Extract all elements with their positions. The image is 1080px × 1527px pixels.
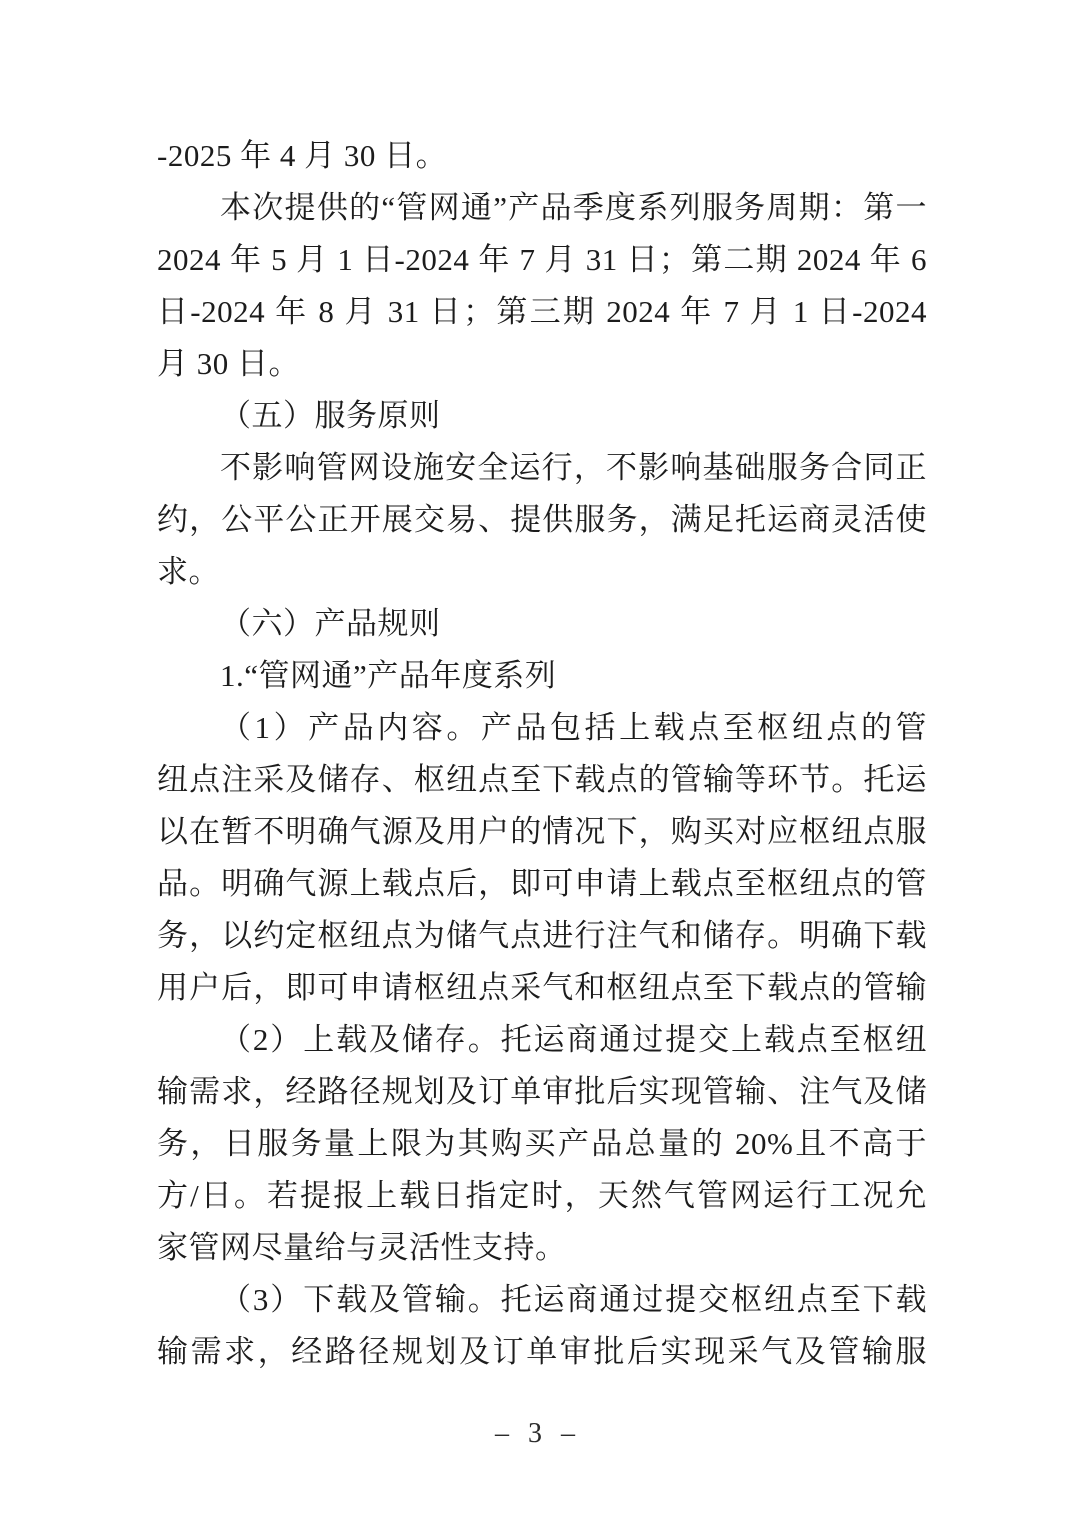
text-line: 求。 [157,546,927,598]
text-line: 以在暂不明确气源及用户的情况下，购买对应枢纽点服务产 [157,806,927,858]
text-line: 务，以约定枢纽点为储气点进行注气和储存。明确下载点及 [157,910,927,962]
text-line: 纽点注采及储存、枢纽点至下载点的管输等环节。托运商可 [157,754,927,806]
text-line: 用户后，即可申请枢纽点采气和枢纽点至下载点的管输服务。 [157,962,927,1014]
text-line: 方/日。若提报上载日指定时，天然气管网运行工况允许，国 [157,1170,927,1222]
text-line: 本次提供的“管网通”产品季度系列服务周期：第一期 [157,182,927,234]
text-line: （五）服务原则 [157,390,927,442]
text-line: （六）产品规则 [157,598,927,650]
text-line: 2024 年 5 月 1 日-2024 年 7 月 31 日；第二期 2024 … [157,234,927,286]
document-body: -2025 年 4 月 30 日。本次提供的“管网通”产品季度系列服务周期：第一… [157,130,927,1378]
page-number: – 3 – [0,1412,1076,1456]
text-line: 家管网尽量给与灵活性支持。 [157,1222,927,1274]
text-line: 品。明确气源上载点后，即可申请上载点至枢纽点的管输服 [157,858,927,910]
text-line: 日-2024 年 8 月 31 日；第三期 2024 年 7 月 1 日-202… [157,286,927,338]
document-page: -2025 年 4 月 30 日。本次提供的“管网通”产品季度系列服务周期：第一… [0,0,1080,1527]
text-line: （3）下载及管输。托运商通过提交枢纽点至下载点管 [157,1274,927,1326]
text-line: 输需求，经路径规划及订单审批后实现采气及管输服务，日 [157,1326,927,1378]
text-line: 月 30 日。 [157,338,927,390]
text-line: （2）上载及储存。托运商通过提交上载点至枢纽点管 [157,1014,927,1066]
text-line: 约，公平公正开展交易、提供服务，满足托运商灵活使用要 [157,494,927,546]
text-line: 不影响管网设施安全运行，不影响基础服务合同正常履 [157,442,927,494]
text-line: 输需求，经路径规划及订单审批后实现管输、注气及储存服 [157,1066,927,1118]
text-line: （1）产品内容。产品包括上载点至枢纽点的管输、枢 [157,702,927,754]
text-line: 1.“管网通”产品年度系列 [157,650,927,702]
text-line: 务，日服务量上限为其购买产品总量的 20%且不高于 300 万 [157,1118,927,1170]
text-line: -2025 年 4 月 30 日。 [157,130,927,182]
